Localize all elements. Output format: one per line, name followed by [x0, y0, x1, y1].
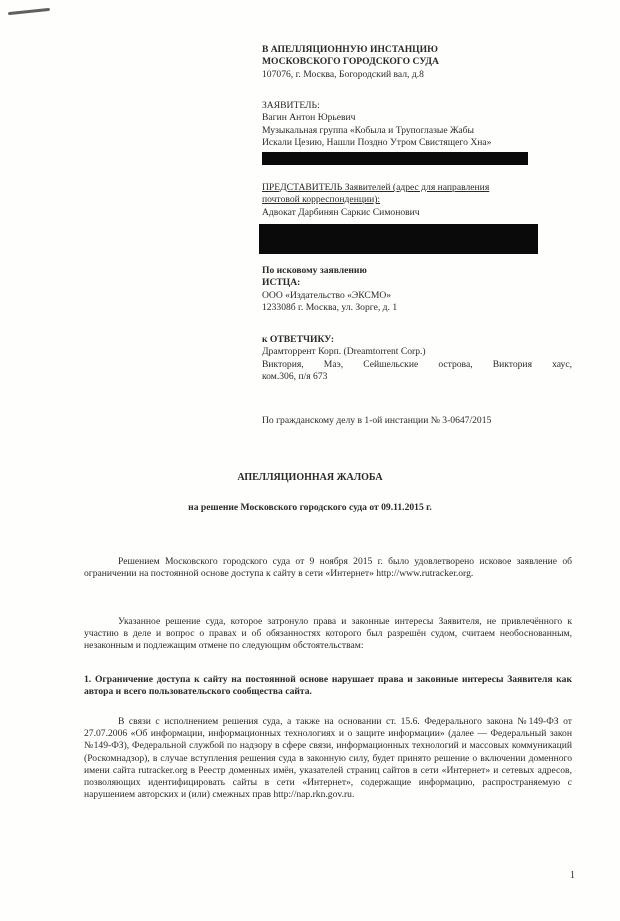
paragraph-2: Указанное решение суда, которое затронул…: [84, 616, 572, 653]
scan-artifact: [8, 8, 50, 15]
paragraph-4-text: В связи с исполнением решения суда, а та…: [84, 716, 572, 800]
court-line1: В АПЕЛЛЯЦИОННУЮ ИНСТАНЦИЮ: [262, 44, 572, 56]
paragraph-3-text: 1. Ограничение доступа к сайту на постоя…: [84, 674, 572, 697]
plaintiff-name: ООО «Издательство «ЭКСМО»: [262, 290, 572, 302]
defendant-address-line1: Виктория, Маэ, Сейшельские острова, Викт…: [262, 359, 572, 371]
paragraph-2-text: Указанное решение суда, которое затронул…: [84, 616, 572, 651]
plaintiff-address: 123308б г. Москва, ул. Зорге, д. 1: [262, 302, 572, 314]
court-block: В АПЕЛЛЯЦИОННУЮ ИНСТАНЦИЮ МОСКОВСКОГО ГО…: [262, 44, 572, 81]
document-page: В АПЕЛЛЯЦИОННУЮ ИНСТАНЦИЮ МОСКОВСКОГО ГО…: [0, 0, 620, 921]
representative-label2: почтовой корреспонденции):: [262, 194, 572, 206]
defendant-name: Драмторрент Корп. (Dreamtorrent Corp.): [262, 346, 572, 358]
paragraph-1: Решением Московского городского суда от …: [84, 556, 572, 580]
redacted-applicant-address: [262, 152, 528, 165]
applicant-name: Вагин Антон Юрьевич: [262, 112, 572, 124]
defendant-block: к ОТВЕТЧИКУ: Драмторрент Корп. (Dreamtor…: [262, 334, 572, 383]
representative-block: ПРЕДСТАВИТЕЛЬ Заявителей (адрес для напр…: [262, 182, 572, 219]
applicant-band-line1: Музыкальная группа «Кобыла и Трупоглазые…: [262, 125, 572, 137]
defendant-label: к ОТВЕТЧИКУ:: [262, 334, 572, 346]
claim-block: По исковому заявлению ИСТЦА: ООО «Издате…: [262, 265, 572, 314]
representative-name: Адвокат Дарбинян Саркис Симонович: [262, 207, 572, 219]
case-number: По гражданскому делу в 1-ой инстанции № …: [262, 415, 572, 427]
court-line2: МОСКОВСКОГО ГОРОДСКОГО СУДА: [262, 56, 572, 68]
applicant-band-line2: Искали Цезию, Нашли Поздно Утром Свистящ…: [262, 137, 572, 149]
document-title: АПЕЛЛЯЦИОННАЯ ЖАЛОБА: [0, 472, 620, 483]
page-number: 1: [570, 870, 575, 881]
paragraph-3: 1. Ограничение доступа к сайту на постоя…: [84, 674, 572, 698]
defendant-address-line2: ком.306, п/я 673: [262, 371, 572, 383]
paragraph-1-text: Решением Московского городского суда от …: [84, 556, 572, 579]
representative-label: ПРЕДСТАВИТЕЛЬ Заявителей (адрес для напр…: [262, 182, 572, 194]
applicant-block: ЗАЯВИТЕЛЬ: Вагин Антон Юрьевич Музыкальн…: [262, 100, 572, 149]
plaintiff-label: ИСТЦА:: [262, 277, 572, 289]
applicant-label: ЗАЯВИТЕЛЬ:: [262, 100, 572, 112]
claim-label: По исковому заявлению: [262, 265, 572, 277]
redacted-representative-address: [259, 224, 538, 254]
court-address: 107076, г. Москва, Богородский вал, д.8: [262, 69, 572, 81]
paragraph-4: В связи с исполнением решения суда, а та…: [84, 716, 572, 801]
document-subtitle: на решение Московского городского суда о…: [0, 502, 620, 513]
